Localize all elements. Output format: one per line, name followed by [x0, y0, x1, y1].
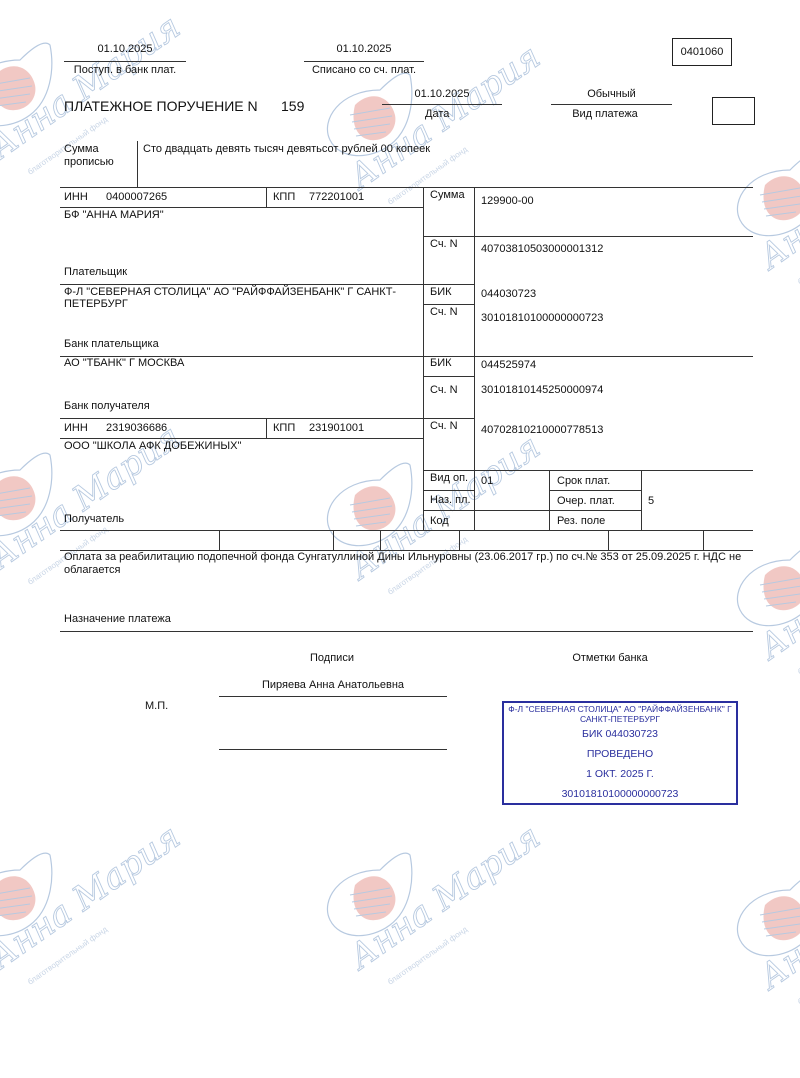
divider [60, 438, 423, 439]
divider [423, 304, 474, 305]
received-date: 01.10.2025 [64, 43, 186, 56]
payee-inn-label: ИНН [64, 422, 88, 435]
payee-inn: 2319036686 [106, 422, 167, 435]
payee-bank-account: 30101810145250000974 [481, 384, 603, 397]
divider [459, 530, 460, 550]
bank-marks-label: Отметки банка [540, 652, 680, 665]
payer-label: Плательщик [64, 266, 127, 279]
signature-line [219, 696, 447, 697]
payer-inn: 0400007265 [106, 191, 167, 204]
debited-label: Списано со сч. плат. [304, 64, 424, 77]
payee-bank-label: Банк получателя [64, 400, 150, 413]
divider [423, 236, 753, 237]
payer-account-label: Сч. N [430, 238, 458, 251]
payer-kpp-label: КПП [273, 191, 295, 204]
divider [382, 104, 502, 105]
divider [266, 418, 267, 438]
divider [60, 284, 474, 285]
divider [423, 510, 641, 511]
divider [608, 530, 609, 550]
divider [60, 631, 753, 632]
payer-bank-bik: 044030723 [481, 288, 536, 301]
divider [380, 530, 381, 550]
reserve-label: Рез. поле [557, 515, 605, 528]
divider [333, 530, 334, 550]
sum-label: Сумма [430, 189, 465, 202]
payment-type-label: Вид платежа [551, 108, 659, 121]
priority-label: Очер. плат. [557, 495, 615, 508]
payer-bank-account-label: Сч. N [430, 306, 458, 319]
divider [641, 470, 642, 530]
stamp-account: 30101810100000000723 [504, 784, 736, 804]
payee-kpp-label: КПП [273, 422, 295, 435]
divider [423, 376, 474, 377]
divider [549, 470, 550, 530]
divider [549, 490, 641, 491]
divider [137, 141, 138, 187]
signature-line [219, 749, 447, 750]
divider [60, 207, 423, 208]
due-label: Срок плат. [557, 475, 610, 488]
op-type: 01 [481, 475, 493, 488]
divider [60, 530, 753, 531]
divider [474, 187, 475, 531]
purpose-label: Назначение платежа [64, 613, 171, 626]
form-code: 0401060 [673, 46, 731, 59]
op-type-label: Вид оп. [430, 472, 468, 485]
signatures-label: Подписи [280, 652, 384, 665]
signer-name: Пиряева Анна Анатольевна [219, 679, 447, 692]
payee-account: 40702810210000778513 [481, 424, 603, 437]
stamp-date: 1 ОКТ. 2025 Г. [504, 764, 736, 784]
payer-name: БФ "АННА МАРИЯ" [64, 209, 164, 222]
stamp-status: ПРОВЕДЕНО [504, 744, 736, 764]
form-code-box: 0401060 [672, 38, 732, 66]
payee-name: ООО "ШКОЛА АФК ДОБЕЖИНЫХ" [64, 440, 241, 453]
order-date: 01.10.2025 [382, 88, 502, 101]
payee-bank-bik-label: БИК [430, 357, 452, 370]
code-label: Код [430, 515, 449, 528]
stamp-bank: Ф-Л "СЕВЕРНАЯ СТОЛИЦА" АО "РАЙФФАЙЗЕНБАН… [504, 704, 736, 724]
payee-bank-bik: 044525974 [481, 359, 536, 372]
payee-kpp: 231901001 [309, 422, 364, 435]
payment-type: Обычный [551, 88, 672, 101]
payee-account-label: Сч. N [430, 420, 458, 433]
payee-bank-name: АО "ТБАНК" Г МОСКВА [64, 357, 184, 370]
sum-value: 129900-00 [481, 195, 534, 208]
divider [219, 530, 220, 550]
order-number: 159 [281, 98, 304, 114]
payer-bank-bik-label: БИК [430, 286, 452, 299]
divider [423, 490, 474, 491]
divider [60, 187, 753, 188]
date-label: Дата [425, 108, 449, 121]
payer-bank-account: 30101810100000000723 [481, 312, 603, 325]
amount-words: Сто двадцать девять тысяч девятьсот рубл… [143, 143, 430, 156]
divider [304, 61, 424, 62]
divider [551, 104, 672, 105]
divider [64, 61, 186, 62]
bank-stamp: Ф-Л "СЕВЕРНАЯ СТОЛИЦА" АО "РАЙФФАЙЗЕНБАН… [502, 701, 738, 805]
divider [423, 187, 424, 531]
payee-label: Получатель [64, 513, 124, 526]
stamp-bik: БИК 044030723 [504, 724, 736, 744]
payer-bank-label: Банк плательщика [64, 338, 159, 351]
amount-words-label: Сумма прописью [64, 143, 134, 169]
divider [266, 187, 267, 207]
divider [423, 470, 753, 471]
divider [703, 530, 704, 550]
payer-account: 40703810503000001312 [481, 243, 603, 256]
status-code-box [712, 97, 755, 125]
page-title: ПЛАТЕЖНОЕ ПОРУЧЕНИЕ N [64, 98, 258, 114]
priority: 5 [648, 495, 654, 508]
payment-purpose: Оплата за реабилитацию подопечной фонда … [64, 551, 744, 577]
payer-inn-label: ИНН [64, 191, 88, 204]
received-label: Поступ. в банк плат. [64, 64, 186, 77]
payee-bank-account-label: Сч. N [430, 384, 458, 397]
debited-date: 01.10.2025 [304, 43, 424, 56]
payer-bank-name: Ф-Л "СЕВЕРНАЯ СТОЛИЦА" АО "РАЙФФАЙЗЕНБАН… [64, 286, 404, 310]
divider [60, 418, 474, 419]
seal-label: М.П. [145, 700, 168, 713]
purpose-code-label: Наз. пл. [430, 494, 471, 507]
payer-kpp: 772201001 [309, 191, 364, 204]
